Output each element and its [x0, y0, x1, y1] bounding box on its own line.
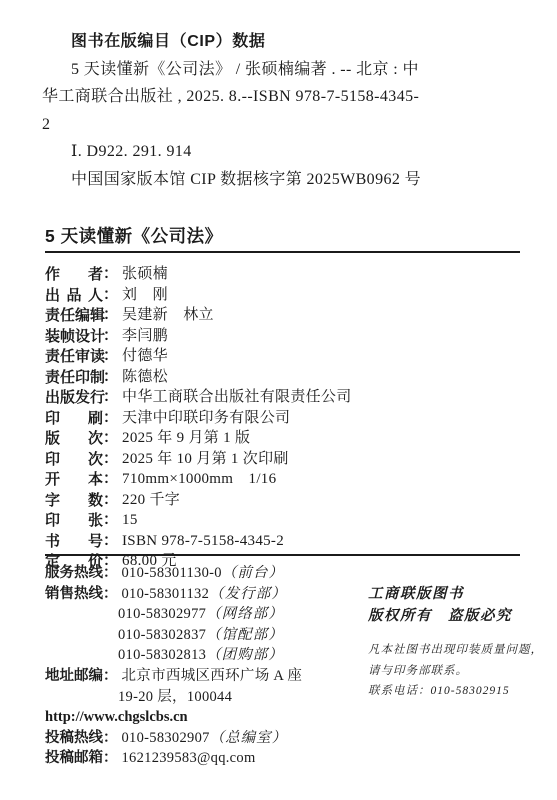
colophon-row-isbn: 书号：ISBN 978-7-5158-4345-2	[45, 531, 525, 552]
colophon-value: 陈德松	[122, 369, 168, 385]
colophon-value: 15	[122, 512, 138, 528]
cip-paragraph-line-1: 5 天读懂新《公司法》 / 张硕楠编著 . -- 北京 : 中	[42, 56, 517, 84]
contact-phone: 010-58302977	[118, 606, 206, 622]
colophon-section: 作者：张硕楠 出品人：刘 刚 责任编辑：吴建新 林立 装帧设计：李闫鹏 责任审读…	[45, 264, 525, 572]
colophon-colon: ：	[103, 532, 118, 549]
contact-row-group-purchase-dept: 010-58302813（团购部）	[45, 645, 375, 666]
contact-label: 投稿热线	[45, 728, 103, 749]
cip-class-number: Ⅰ. D922. 291. 914	[42, 138, 517, 166]
website-url: http://www.chgslcbs.cn	[45, 709, 188, 725]
colophon-row-publisher: 出版发行：中华工商联合出版社有限责任公司	[45, 387, 525, 408]
colophon-label: 装帧设计	[45, 327, 103, 347]
colophon-label: 印刷	[45, 409, 103, 429]
contact-department: （前台）	[222, 565, 284, 581]
contact-row-website: http://www.chgslcbs.cn	[45, 707, 375, 728]
contact-colon: ：	[103, 668, 118, 684]
colophon-row-author: 作者：张硕楠	[45, 264, 525, 285]
colophon-value: 吴建新 林立	[122, 307, 214, 323]
colophon-value: 天津中印联印务有限公司	[122, 410, 290, 426]
contact-department: （发行部）	[209, 586, 287, 602]
colophon-colon: ：	[103, 511, 118, 528]
colophon-label: 字数	[45, 491, 103, 511]
contact-section: 服务热线：010-58301130-0（前台） 销售热线：010-5830113…	[45, 563, 375, 769]
colophon-colon: ：	[103, 470, 118, 487]
contact-row-network-dept: 010-58302977（网络部）	[45, 604, 375, 625]
contact-department: （总编室）	[210, 730, 288, 746]
contact-label: 投稿邮箱	[45, 748, 103, 769]
contact-row-library-dept: 010-58302837（馆配部）	[45, 625, 375, 646]
contact-row-submission-email: 投稿邮箱：1621239583@qq.com	[45, 748, 375, 769]
colophon-value: 710mm×1000mm 1/16	[122, 471, 276, 487]
cip-paragraph-line-2: 华工商联合出版社 , 2025. 8.--ISBN 978-7-5158-434…	[42, 83, 517, 111]
colophon-row-editor: 责任编辑：吴建新 林立	[45, 305, 525, 326]
contact-label: 销售热线	[45, 584, 103, 605]
contact-row-address-line-2: 19-20 层，100044	[45, 687, 375, 708]
colophon-label: 印张	[45, 511, 103, 531]
colophon-label: 印次	[45, 450, 103, 470]
contact-row-address: 地址邮编：北京市西城区西环广场 A 座	[45, 666, 375, 687]
colophon-value: 付德华	[122, 348, 168, 364]
contact-colon: ：	[103, 730, 118, 746]
cip-section: 图书在版编目（CIP）数据 5 天读懂新《公司法》 / 张硕楠编著 . -- 北…	[42, 28, 517, 193]
contact-label: 服务热线	[45, 563, 103, 584]
contact-email: 1621239583@qq.com	[122, 750, 256, 766]
contact-row-sales-hotline: 销售热线：010-58301132（发行部）	[45, 584, 375, 605]
colophon-colon: ：	[103, 306, 118, 323]
copyright-page: 图书在版编目（CIP）数据 5 天读懂新《公司法》 / 张硕楠编著 . -- 北…	[0, 0, 557, 800]
colophon-label: 责任印制	[45, 368, 103, 388]
colophon-row-print-supervisor: 责任印制：陈德松	[45, 367, 525, 388]
colophon-label: 出品人	[45, 286, 103, 306]
contact-department: （馆配部）	[206, 627, 284, 643]
colophon-label: 出版发行	[45, 388, 103, 408]
contact-row-submission-hotline: 投稿热线：010-58302907（总编室）	[45, 728, 375, 749]
contact-department: （网络部）	[206, 606, 284, 622]
contact-address-postcode: 19-20 层，100044	[118, 689, 232, 705]
colophon-row-impression: 印次：2025 年 10 月第 1 次印刷	[45, 449, 525, 470]
colophon-row-reviewer: 责任审读：付德华	[45, 346, 525, 367]
colophon-colon: ：	[103, 286, 118, 303]
colophon-label: 责任编辑	[45, 306, 103, 326]
colophon-row-format: 开本：710mm×1000mm 1/16	[45, 469, 525, 490]
colophon-colon: ：	[103, 450, 118, 467]
colophon-label: 作者	[45, 265, 103, 285]
contact-label: 地址邮编	[45, 666, 103, 687]
quality-note-line-2: 请与印务部联系。	[368, 661, 543, 682]
book-title: 5 天读懂新《公司法》	[45, 223, 520, 248]
quality-note-line-1: 凡本社图书出现印装质量问题，	[368, 640, 543, 661]
colophon-label: 开本	[45, 470, 103, 490]
colophon-colon: ：	[103, 368, 118, 385]
colophon-value: 李闫鹏	[122, 328, 168, 344]
colophon-value: 220 千字	[122, 492, 180, 508]
colophon-row-designer: 装帧设计：李闫鹏	[45, 326, 525, 347]
colophon-row-producer: 出品人：刘 刚	[45, 285, 525, 306]
contact-phone: 010-58302837	[118, 627, 206, 643]
contact-colon: ：	[103, 565, 118, 581]
contact-colon: ：	[103, 586, 118, 602]
colophon-colon: ：	[103, 491, 118, 508]
copyright-notice-section: 工商联版图书 版权所有 盗版必究 凡本社图书出现印装质量问题， 请与印务部联系。…	[368, 584, 543, 702]
contact-phone: 010-58302907	[122, 730, 210, 746]
colophon-colon: ：	[103, 388, 118, 405]
colophon-value: ISBN 978-7-5158-4345-2	[122, 533, 284, 549]
colophon-value: 2025 年 9 月第 1 版	[122, 430, 250, 446]
colophon-value: 中华工商联合出版社有限责任公司	[122, 389, 352, 405]
colophon-value: 张硕楠	[122, 266, 168, 282]
colophon-colon: ：	[103, 409, 118, 426]
colophon-row-sheets: 印张：15	[45, 510, 525, 531]
cip-paragraph-line-3: 2	[42, 111, 517, 139]
colophon-colon: ：	[103, 429, 118, 446]
all-rights-reserved-line: 版权所有 盗版必究	[368, 606, 543, 628]
colophon-value: 刘 刚	[122, 287, 168, 303]
brand-line: 工商联版图书	[368, 584, 543, 606]
colophon-row-edition: 版次：2025 年 9 月第 1 版	[45, 428, 525, 449]
contact-phone: 010-58301130-0	[122, 565, 222, 581]
colophon-label: 书号	[45, 532, 103, 552]
colophon-label: 版次	[45, 429, 103, 449]
cip-heading: 图书在版编目（CIP）数据	[42, 28, 517, 56]
contact-phone: 010-58301132	[122, 586, 210, 602]
colophon-divider-rule	[45, 554, 520, 556]
contact-address: 北京市西城区西环广场 A 座	[122, 668, 303, 684]
colophon-row-printer: 印刷：天津中印联印务有限公司	[45, 408, 525, 429]
colophon-colon: ：	[103, 265, 118, 282]
colophon-colon: ：	[103, 327, 118, 344]
colophon-colon: ：	[103, 347, 118, 364]
cip-record-number: 中国国家版本馆 CIP 数据核字第 2025WB0962 号	[42, 166, 517, 194]
colophon-value: 2025 年 10 月第 1 次印刷	[122, 451, 289, 467]
contact-department: （团购部）	[206, 647, 284, 663]
colophon-label: 责任审读	[45, 347, 103, 367]
title-divider-rule	[45, 251, 520, 253]
contact-phone: 010-58302813	[118, 647, 206, 663]
colophon-row-word-count: 字数：220 千字	[45, 490, 525, 511]
quality-note-phone: 联系电话：010-58302915	[368, 681, 543, 702]
contact-colon: ：	[103, 750, 118, 766]
contact-row-service-hotline: 服务热线：010-58301130-0（前台）	[45, 563, 375, 584]
